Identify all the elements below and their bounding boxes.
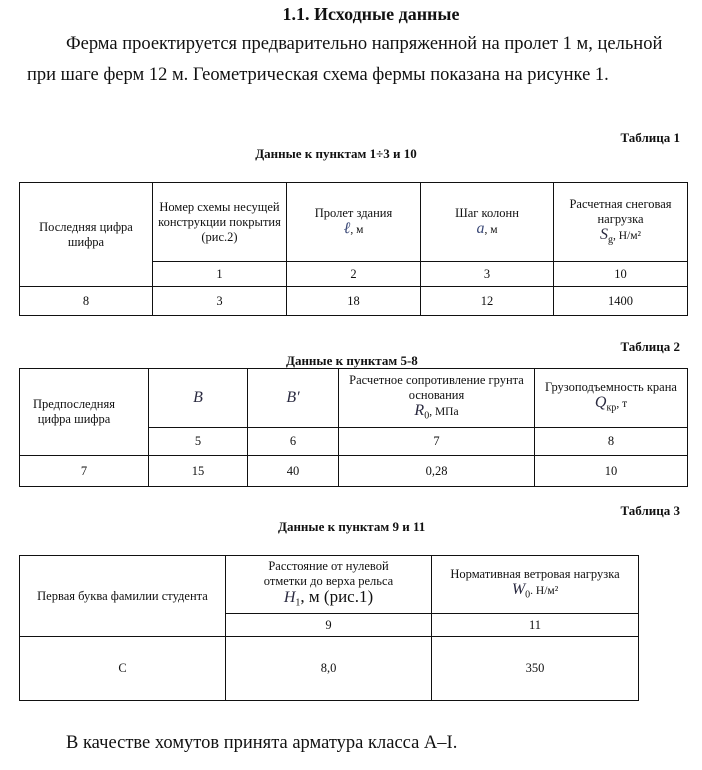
table2-item-2: 6 [248,428,339,456]
table2-item-4: 8 [535,428,688,456]
table2-value-3: 0,28 [339,456,535,487]
table2-col-header-4: Грузоподъемность кранаQкр, т [535,369,688,428]
table1-item-4: 10 [554,262,688,287]
table2-col-header-1: B [149,369,248,428]
table3-col-header-1: Расстояние от нулевой отметки до верха р… [226,556,432,614]
table2-label: Таблица 2 [620,339,680,355]
table1: Последняя цифра шифра Номер схемы несуще… [19,182,688,316]
table3-col-header-2: Нормативная ветровая нагрузкаW0. Н/м² [432,556,639,614]
table2-title: Данные к пунктам 5-8 [286,353,418,369]
table1-item-2: 2 [287,262,421,287]
table1-col-header-4: Расчетная снеговая нагрузкаSg, Н/м² [554,183,688,262]
table2-value-4: 10 [535,456,688,487]
table1-label: Таблица 1 [620,130,680,146]
intro-line-1: Ферма проектируется предварительно напря… [66,29,662,60]
table1-col-header-2: Пролет зданияℓ, м [287,183,421,262]
table1-row-header: Последняя цифра шифра [20,183,153,287]
table2-row-header: Предпоследняя цифра шифра [20,369,149,456]
table2-value-1: 15 [149,456,248,487]
table1-value-2: 18 [287,287,421,316]
section-title: 1.1. Исходные данные [0,4,702,25]
intro-line-2: при шаге ферм 12 м. Геометрическая схема… [27,60,609,91]
table2-row-value: 7 [20,456,149,487]
table1-title: Данные к пунктам 1÷3 и 10 [0,146,702,162]
table2-item-3: 7 [339,428,535,456]
table1-item-3: 3 [421,262,554,287]
table1-value-4: 1400 [554,287,688,316]
table2: Предпоследняя цифра шифра B B′ Расчетное… [19,368,688,487]
table3-label: Таблица 3 [620,503,680,519]
table1-value-3: 12 [421,287,554,316]
closing-paragraph: В качестве хомутов принята арматура клас… [66,733,457,754]
table3-row-value: С [20,637,226,701]
table1-value-1: 3 [153,287,287,316]
table3-row-header: Первая буква фамилии студента [20,556,226,637]
table3-value-1: 8,0 [226,637,432,701]
table3-title: Данные к пунктам 9 и 11 [278,519,425,535]
table3: Первая буква фамилии студента Расстояние… [19,555,639,701]
table3-value-2: 350 [432,637,639,701]
table3-item-1: 9 [226,614,432,637]
table1-col-header-1: Номер схемы несущей конструкции покрытия… [153,183,287,262]
table3-item-2: 11 [432,614,639,637]
table2-item-1: 5 [149,428,248,456]
table2-col-header-2: B′ [248,369,339,428]
table2-col-header-3: Расчетное сопротивление грунта основания… [339,369,535,428]
table2-value-2: 40 [248,456,339,487]
table1-col-header-3: Шаг колоннa, м [421,183,554,262]
table1-row-value: 8 [20,287,153,316]
table1-item-1: 1 [153,262,287,287]
